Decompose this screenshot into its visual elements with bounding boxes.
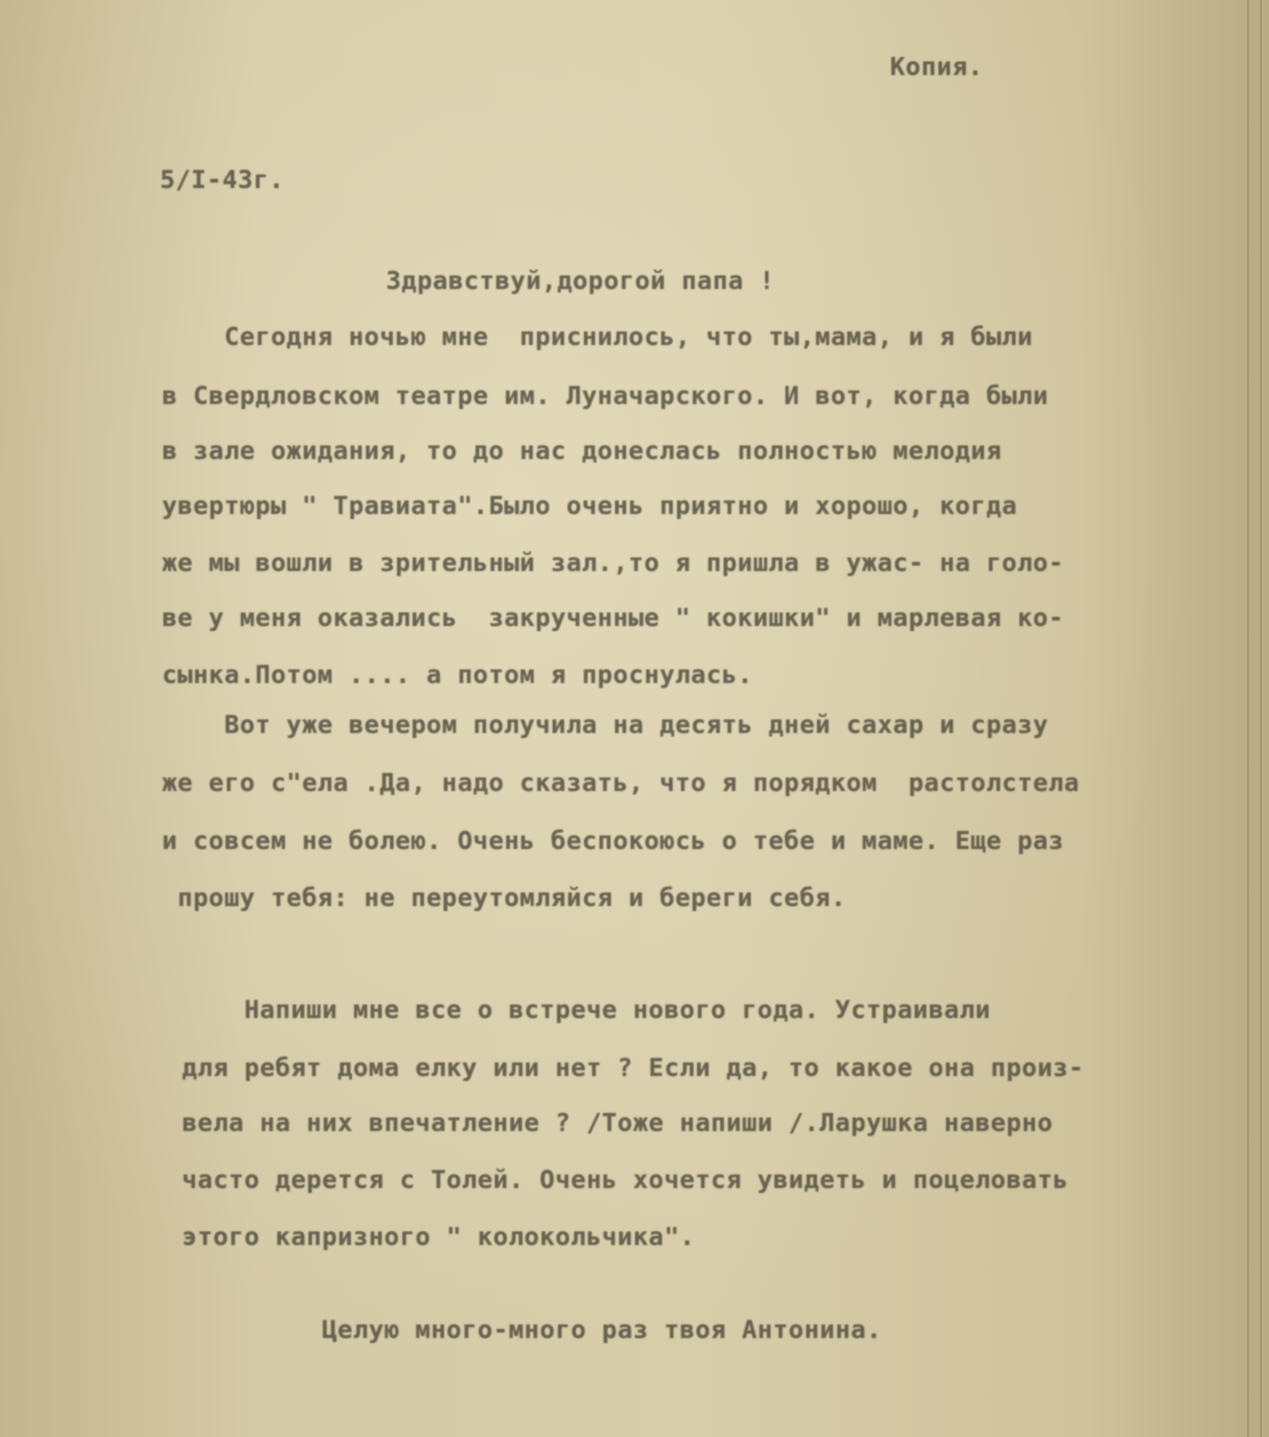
text-line: вела на них впечатление ? /Тоже напиши /… — [182, 1108, 1053, 1137]
text-line: ве у меня оказались закрученные " кокишк… — [162, 603, 1064, 632]
text-line: в Свердловском театре им. Луначарского. … — [162, 381, 1048, 410]
letter-page: Копия. 5/I-43г. Здравствуй,дорогой папа … — [0, 0, 1269, 1437]
text-line: этого капризного " колокольчика". — [182, 1222, 695, 1251]
letter-date: 5/I-43г. — [160, 165, 284, 194]
text-line: Напиши мне все о встрече нового года. Ус… — [182, 995, 991, 1024]
text-line: и совсем не болею. Очень беспокоюсь о те… — [162, 826, 1064, 855]
text-line: увертюры " Травиата".Было очень приятно … — [162, 491, 1017, 520]
greeting: Здравствуй,дорогой папа ! — [386, 266, 775, 295]
page-edge — [1260, 0, 1262, 1437]
text-line: же его с"ела .Да, надо сказать, что я по… — [162, 768, 1080, 797]
text-line: Вот уже вечером получила на десять дней … — [162, 710, 1048, 739]
text-line: сынка.Потом .... а потом я проснулась. — [162, 660, 753, 689]
page-edge — [1247, 0, 1249, 1437]
copy-label: Копия. — [890, 52, 983, 81]
text-line: в зале ожидания, то до нас донеслась пол… — [162, 436, 1002, 465]
closing-signature: Целую много-много раз твоя Антонина. — [322, 1315, 882, 1344]
text-line: же мы вошли в зрительный зал.,то я пришл… — [162, 548, 1064, 577]
text-line: прошу тебя: не переутомляйся и береги се… — [162, 883, 846, 912]
text-line: для ребят дома елку или нет ? Если да, т… — [182, 1053, 1084, 1082]
text-line: Сегодня ночью мне приснилось, что ты,мам… — [162, 322, 1033, 351]
text-line: часто дерется с Толей. Очень хочется уви… — [182, 1165, 1068, 1194]
